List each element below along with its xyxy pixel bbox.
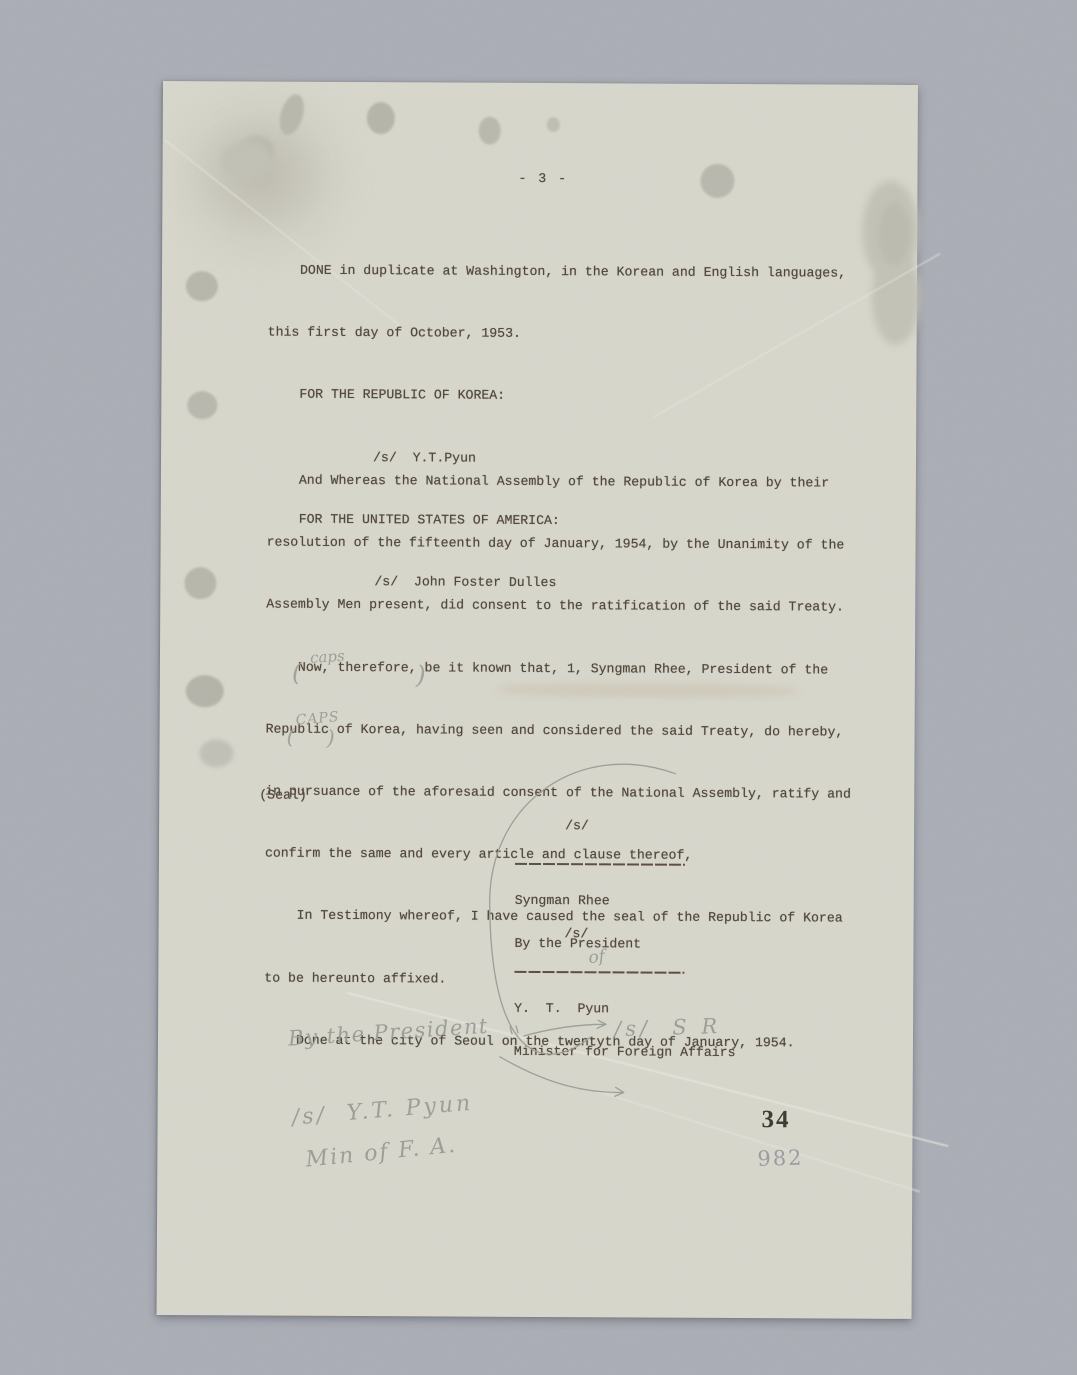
stain: [186, 675, 224, 707]
document-page: - 3 - DONE in duplicate at Washington, i…: [157, 81, 918, 1319]
pencil-paren-open: (: [292, 658, 302, 687]
typed-line: FOR THE REPUBLIC OF KOREA:: [267, 379, 875, 414]
page-number: - 3 -: [518, 171, 568, 186]
pencil-sig-ytpyun: /s/ Y.T. Pyun: [291, 1091, 474, 1131]
pencil-paren-close: ): [327, 726, 335, 750]
pencil-of-correction: of: [587, 947, 605, 969]
stain: [275, 91, 308, 137]
typed-line: resolution of the fifteenth day of Janua…: [266, 527, 874, 562]
typed-line: DONE in duplicate at Washington, in the …: [268, 255, 876, 290]
pencil-sig-sr: /s/ S R: [614, 1014, 722, 1041]
stain: [367, 102, 395, 134]
typed-line: Now, therefore, be it known that, 1, Syn…: [266, 651, 874, 686]
signature-block-yt-pyun: /s/ Y. T. Pyun Minister for Foreign Affa…: [514, 898, 705, 1089]
signature-line: [515, 862, 685, 865]
stain: [199, 739, 233, 767]
folio-number-stamp: 34: [761, 1106, 790, 1134]
typed-line: And Whereas the National Assembly of the…: [267, 465, 875, 500]
typed-line: this first day of October, 1953.: [268, 317, 876, 352]
stain: [187, 391, 217, 419]
pencil-paren-close: ): [416, 660, 426, 689]
stain: [184, 567, 216, 599]
signatory-title: Minister for Foreign Affairs: [514, 1045, 704, 1060]
seal-label: (Seal): [259, 788, 307, 803]
pencil-paren-open: (: [287, 725, 295, 749]
pencil-caps-note: caps: [309, 647, 345, 667]
crease-line: [595, 1090, 920, 1193]
pencil-min-of-fa: Min of F. A.: [305, 1133, 459, 1173]
signature-line: [514, 970, 684, 973]
signature-s-mark: /s/: [565, 819, 705, 834]
stain: [186, 271, 218, 301]
stain: [547, 117, 560, 132]
signature-s-mark: /s/: [564, 927, 704, 942]
stain: [239, 135, 275, 165]
stain: [700, 164, 734, 198]
typed-line: Assembly Men present, did consent to the…: [266, 589, 874, 624]
scanner-bed-background: - 3 - DONE in duplicate at Washington, i…: [0, 0, 1077, 1375]
stain: [220, 141, 270, 179]
pencil-number-982: 982: [757, 1146, 804, 1171]
stain: [872, 250, 920, 345]
typed-line: Republic of Korea, having seen and consi…: [266, 713, 874, 748]
stain: [878, 203, 910, 265]
stain: [184, 109, 335, 240]
stain: [479, 117, 501, 145]
